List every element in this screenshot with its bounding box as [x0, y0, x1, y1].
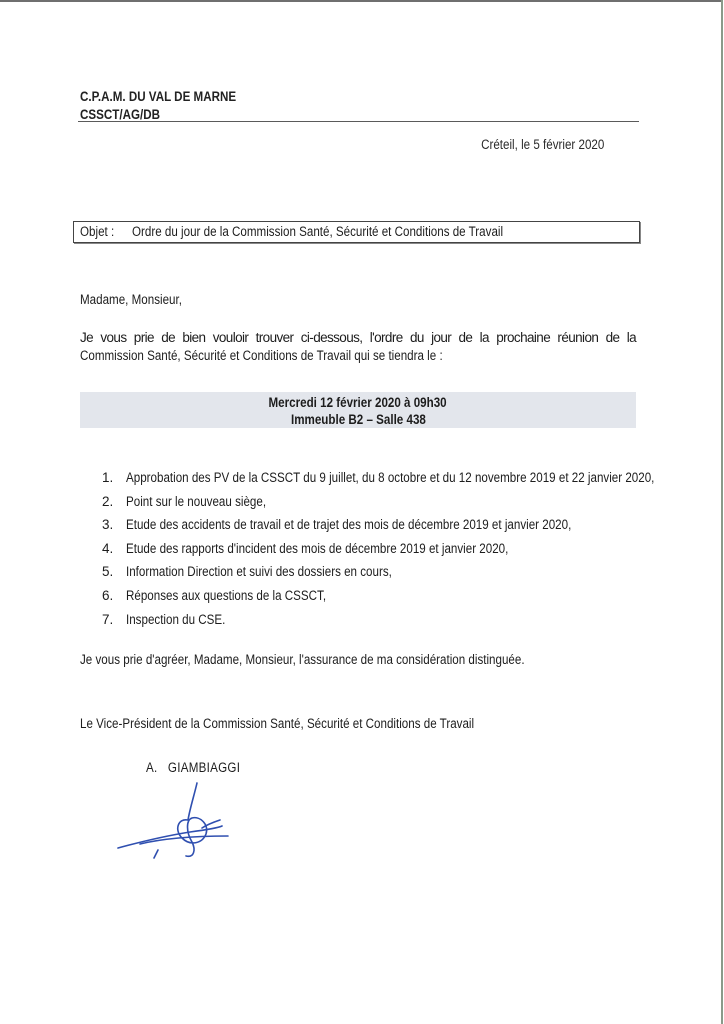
scan-right-edge: [721, 0, 723, 1024]
agenda-item-text: Réponses aux questions de la CSSCT,: [126, 587, 359, 605]
signatory-name: A. GIAMBIAGGI: [146, 760, 256, 775]
intro-word: ci-dessous,: [301, 329, 363, 347]
intro-line-1: Jevouspriedebienvouloirtrouverci-dessous…: [80, 329, 636, 347]
intro-word: trouver: [256, 329, 294, 347]
agenda-item-text: Information Direction et suivi des dossi…: [126, 563, 435, 581]
agenda-item-number: 6.: [102, 587, 113, 605]
intro-word: vouloir: [213, 329, 249, 347]
agenda-item-number: 3.: [102, 516, 113, 534]
header-divider: [78, 121, 639, 122]
scan-top-edge: [0, 0, 722, 2]
agenda-item-text: Point sur le nouveau siège,: [126, 493, 289, 511]
intro-word: l'ordre: [370, 329, 403, 347]
intro-word: jour: [431, 329, 451, 347]
letterhead: C.P.A.M. DU VAL DE MARNE CSSCT/AG/DB: [80, 88, 262, 124]
closing-formula: Je vous prie d'agréer, Madame, Monsieur,…: [80, 652, 597, 667]
agenda-item-text: Approbation des PV de la CSSCT du 9 juil…: [126, 469, 724, 487]
intro-line-2: Commission Santé, Sécurité et Conditions…: [80, 347, 636, 365]
agenda-item-number: 4.: [102, 540, 113, 558]
date-line: Créteil, le 5 février 2020: [461, 137, 604, 152]
organization-name: C.P.A.M. DU VAL DE MARNE: [80, 88, 262, 106]
intro-word: vous: [100, 329, 126, 347]
intro-word: de: [458, 329, 472, 347]
subject-label: Objet :: [80, 222, 120, 242]
meeting-details: Mercredi 12 février 2020 à 09h30 Immeubl…: [80, 392, 636, 428]
agenda-item-text: Etude des accidents de travail et de tra…: [126, 516, 644, 534]
intro-word: prochaine: [496, 329, 550, 347]
agenda-item-text: Inspection du CSE.: [126, 611, 242, 629]
agenda-item-number: 1.: [102, 469, 113, 487]
intro-word: la: [627, 329, 636, 347]
handwritten-signature: [110, 778, 240, 868]
signatory-title: Le Vice-Président de la Commission Santé…: [80, 716, 538, 731]
meeting-datetime: Mercredi 12 février 2020 à 09h30: [80, 394, 636, 411]
salutation: Madame, Monsieur,: [80, 292, 199, 307]
agenda-item-number: 5.: [102, 563, 113, 581]
agenda-item-text: Etude des rapports d'incident des mois d…: [126, 540, 571, 558]
subject-box: Objet : Ordre du jour de la Commission S…: [73, 221, 640, 243]
intro-word: du: [410, 329, 424, 347]
meeting-location: Immeuble B2 – Salle 438: [80, 411, 636, 428]
intro-word: de: [161, 329, 175, 347]
subject-text: Ordre du jour de la Commission Santé, Sé…: [132, 222, 563, 242]
intro-word: prie: [134, 329, 154, 347]
agenda-item-number: 7.: [102, 611, 113, 629]
intro-word: Je: [80, 329, 93, 347]
intro-word: bien: [182, 329, 205, 347]
agenda-item-number: 2.: [102, 493, 113, 511]
intro-word: de: [606, 329, 620, 347]
intro-word: réunion: [557, 329, 598, 347]
intro-paragraph: Jevouspriedebienvouloirtrouverci-dessous…: [80, 329, 636, 365]
intro-word: la: [480, 329, 489, 347]
